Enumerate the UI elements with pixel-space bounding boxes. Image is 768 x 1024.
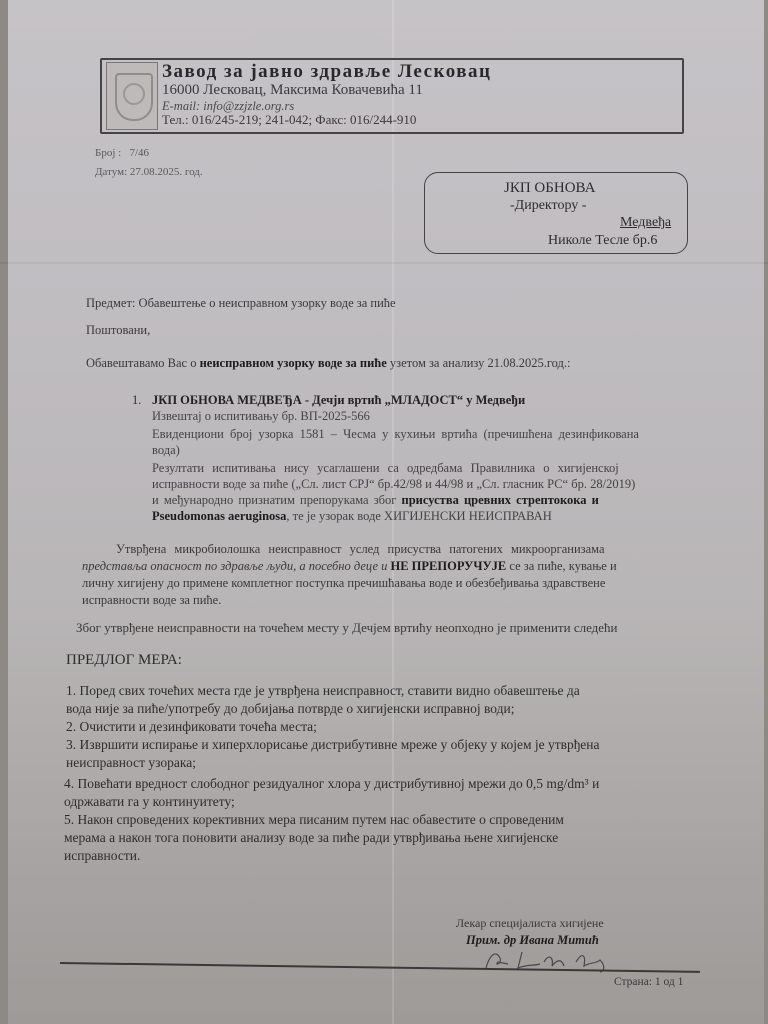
measure-item: 2. Очистити и дезинфиковати точећа места…	[66, 719, 317, 735]
measure-item-cont: одржавати га у континуитету;	[64, 794, 235, 810]
document-number: Број : 7/46	[95, 147, 149, 159]
emblem-icon	[123, 83, 145, 105]
recipient-organization: ЈКП ОБНОВА	[504, 180, 595, 197]
date-label: Датум:	[95, 166, 127, 178]
number-label: Број :	[95, 147, 121, 159]
item-result-reason: и међународно признатим препорукама због…	[152, 493, 599, 508]
measure-item: 3. Извршити испирање и хиперхлорисање ди…	[66, 737, 600, 753]
verdict-text: , те је узорак воде ХИГИЈЕНСКИ НЕИСПРАВА…	[286, 509, 551, 523]
institution-name: Завод за јавно здравље Лесковац	[162, 61, 491, 83]
reason-text: и међународно признатим препорукама због	[152, 493, 402, 507]
number-value: 7/46	[129, 147, 149, 159]
institution-phones: Тел.: 016/245-219; 241-042; Факс: 016/24…	[162, 112, 416, 128]
institution-address: 16000 Лесковац, Максима Ковачевића 11	[162, 82, 423, 99]
item-number: 1.	[132, 393, 141, 408]
signatory-role: Лекар специјалиста хигијене	[456, 916, 604, 931]
item-result: Резултати испитивања нису усаглашени са …	[152, 461, 619, 476]
paragraph-line: личну хигијену до примене комплетног пос…	[82, 576, 605, 591]
measure-item-cont: исправности.	[64, 848, 140, 864]
paragraph-text: представља опасност по здравље људи, а п…	[82, 559, 391, 573]
document-date: Датум: 27.08.2025. год.	[95, 166, 203, 178]
item-result-verdict: Pseudomonas aeruginosa, те је узорак вод…	[152, 509, 552, 524]
measure-item-cont: неисправност узорака;	[66, 755, 196, 771]
item-result-cont: исправности воде за пиће („Сл. лист СРЈ“…	[152, 477, 635, 492]
letter-subject: Предмет: Обавештење о неисправном узорку…	[86, 296, 396, 311]
item-report: Извештај о испитивању бр. ВП-2025-566	[152, 409, 370, 424]
not-recommended-emphasis: НЕ ПРЕПОРУЧУЈЕ	[391, 559, 507, 573]
measures-title: ПРЕДЛОГ МЕРА:	[66, 652, 182, 669]
paragraph-text: се за пиће, кување и	[506, 559, 616, 573]
measure-item-cont: вода није за пиће/употребу до добијања п…	[66, 701, 515, 717]
paragraph-line: представља опасност по здравље људи, а п…	[82, 559, 617, 574]
item-sample-cont: вода)	[152, 443, 180, 458]
measure-item: 5. Након спроведених корективних мера пи…	[64, 812, 564, 828]
reason-emphasis: присуства цревних стрептокока и	[402, 493, 599, 507]
recipient-title: -Директору -	[510, 198, 586, 214]
intro-text-end: узетом за анализу 21.08.2025.год.:	[387, 356, 571, 370]
paragraph-measures-intro: Због утврђене неисправности на точећем м…	[76, 620, 618, 636]
item-title: ЈКП ОБНОВА МЕДВЕЂА - Дечји вртић „МЛАДОС…	[152, 393, 525, 408]
measure-item-cont: мерама а након тога поновити анализу вод…	[64, 830, 558, 846]
intro-emphasis: неисправном узорку воде за пиће	[200, 356, 387, 370]
letter-greeting: Поштовани,	[86, 323, 150, 338]
recipient-city: Медвеђа	[620, 215, 671, 231]
recipient-street: Николе Тесле бр.6	[548, 233, 657, 249]
paragraph-line: Утврђена микробиолошка неисправност усле…	[116, 542, 605, 557]
letter-intro: Обавештавамо Вас о неисправном узорку во…	[86, 356, 571, 371]
measure-item: 4. Повећати вредност слободног резидуалн…	[64, 776, 599, 792]
paper-fold	[0, 262, 768, 264]
item-sample: Евиденциони број узорка 1581 – Чесма у к…	[152, 427, 639, 442]
institution-logo	[106, 62, 158, 130]
paragraph-line: исправности воде за пиће.	[82, 593, 221, 608]
page-number: Страна: 1 од 1	[614, 976, 683, 988]
pathogen-name: Pseudomonas aeruginosa	[152, 509, 286, 523]
intro-text: Обавештавамо Вас о	[86, 356, 200, 370]
measure-item: 1. Поред свих точећих места где је утврђ…	[66, 683, 580, 699]
date-value: 27.08.2025. год.	[130, 166, 203, 178]
